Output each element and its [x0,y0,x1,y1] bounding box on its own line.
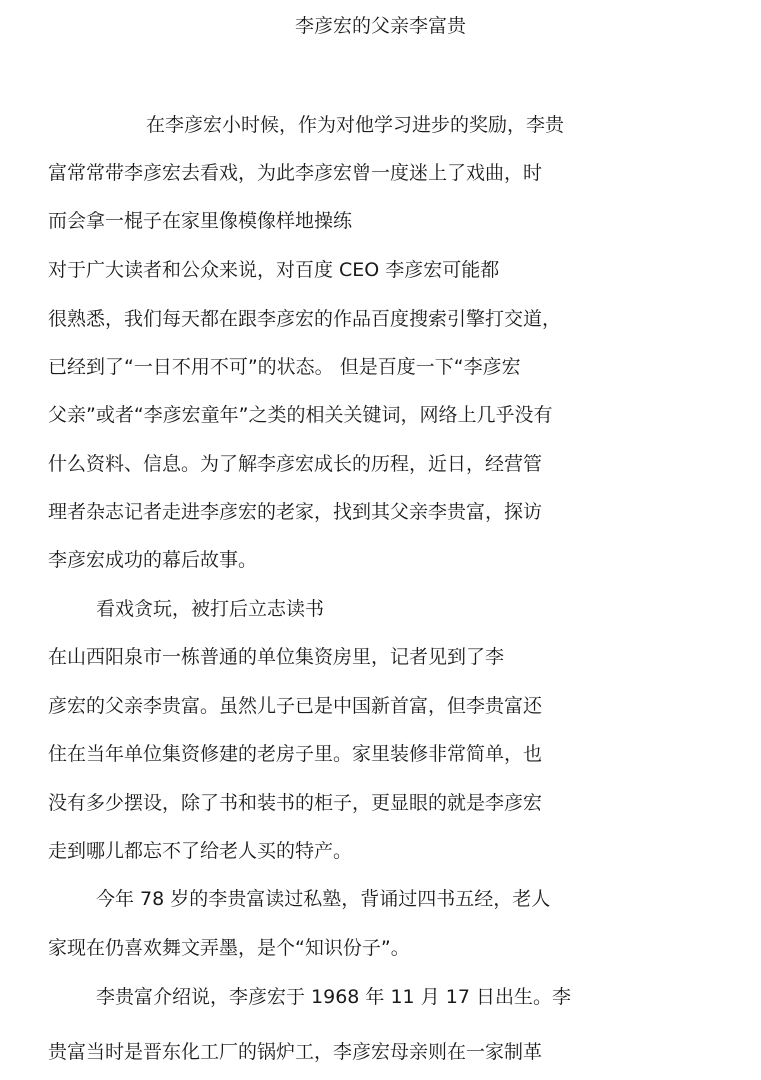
text-line: 家现在仍喜欢舞文弄墨，是个“知识份子”。 [48,934,410,962]
text-line: 父亲”或者“李彦宏童年”之类的相关关键词，网络上几乎没有 [48,401,553,429]
text-line: 李贵富介绍说，李彦宏于 1968 年 11 月 17 日出生。李 [96,983,571,1011]
text-line: 很熟悉，我们每天都在跟李彦宏的作品百度搜索引擎打交道， [48,305,561,333]
text-line: 李彦宏成功的幕后故事。 [48,546,257,574]
text-line: 已经到了“一日不用不可”的状态。 但是百度一下“李彦宏 [48,353,521,381]
text-line: 在李彦宏小时候，作为对他学习进步的奖励，李贵 [146,111,564,139]
text-line: 而会拿一棍子在家里像模像样地操练 [48,207,352,235]
text-line: 今年 78 岁的李贵富读过私塾，背诵过四书五经，老人 [96,885,550,913]
text-line: 住在当年单位集资修建的老房子里。家里装修非常简单，也 [48,740,542,768]
document-title: 李彦宏的父亲李富贵 [0,12,761,40]
document-page: 李彦宏的父亲李富贵 在李彦宏小时候，作为对他学习进步的奖励，李贵 富常常带李彦宏… [0,0,761,1080]
text-line: 什么资料、信息。为了解李彦宏成长的历程，近日，经营管 [48,450,542,478]
text-line: 没有多少摆设，除了书和装书的柜子，更显眼的就是李彦宏 [48,789,542,817]
text-line: 富常常带李彦宏去看戏，为此李彦宏曾一度迷上了戏曲，时 [48,159,542,187]
text-line: 在山西阳泉市一栋普通的单位集资房里，记者见到了李 [48,643,504,671]
text-line: 理者杂志记者走进李彦宏的老家，找到其父亲李贵富，探访 [48,498,542,526]
section-heading: 看戏贪玩，被打后立志读书 [96,595,324,623]
text-line: 走到哪儿都忘不了给老人买的特产。 [48,837,352,865]
text-line: 彦宏的父亲李贵富。虽然儿子已是中国新首富，但李贵富还 [48,692,542,720]
text-line: 贵富当时是晋东化工厂的锅炉工，李彦宏母亲则在一家制革 [48,1038,542,1066]
text-line: 对于广大读者和公众来说，对百度 CEO 李彦宏可能都 [48,256,499,284]
